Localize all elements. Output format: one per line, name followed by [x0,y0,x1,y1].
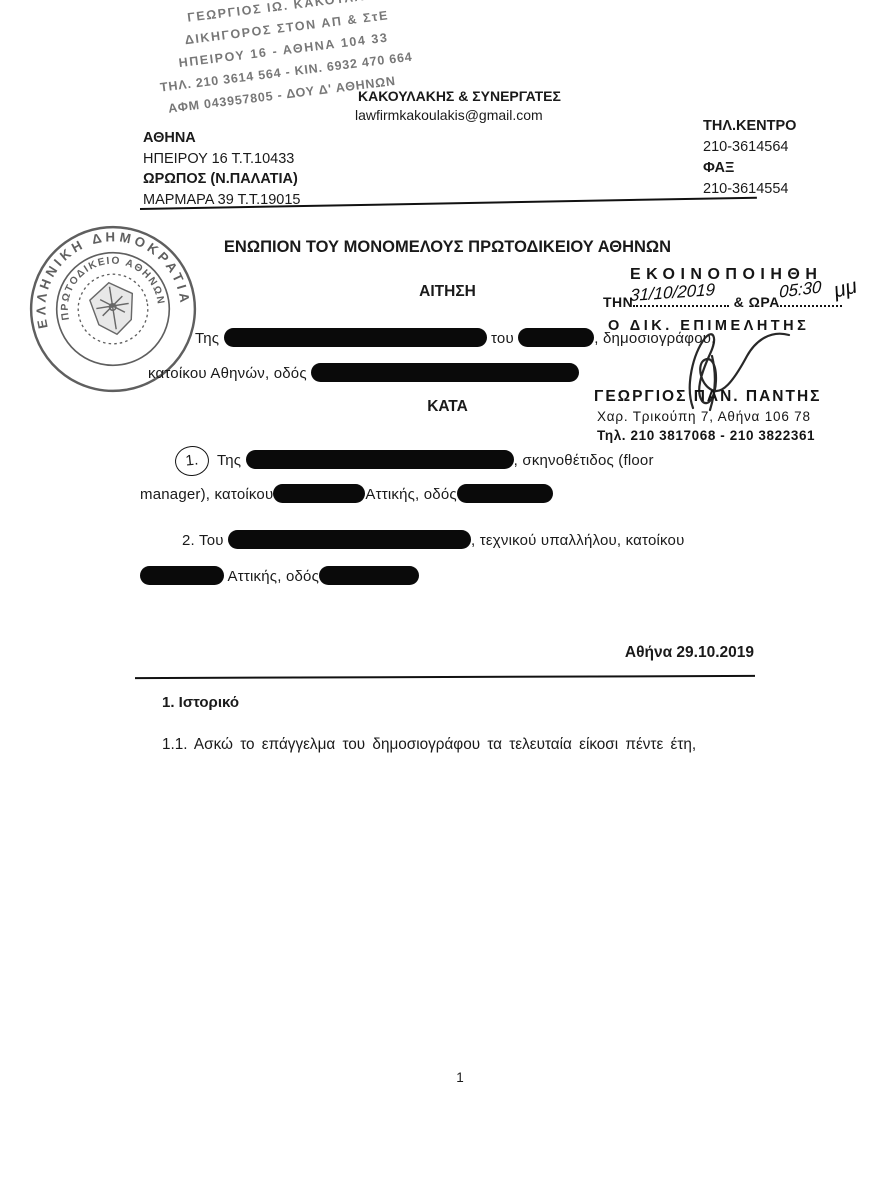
court-heading: ΕΝΩΠΙΟΝ ΤΟΥ ΜΟΝΟΜΕΛΟΥΣ ΠΡΩΤΟΔΙΚΕΙΟΥ ΑΘΗΝ… [140,238,755,257]
redaction-bar [224,328,487,347]
redaction-bar [273,484,365,503]
service-stamp-and-hour-label: & ΩΡΑ [734,294,780,310]
respondent2-lead: 2. Του [182,532,224,549]
handwritten-circle-around-number: 1. [174,444,211,477]
applicant-residence-prefix: κατοίκου Αθηνών, οδός [148,365,307,382]
address-city: ΑΘΗΝΑ [143,128,300,149]
applicant-patronymic-label: του [491,330,514,347]
redaction-bar [246,450,514,469]
bailiff-phones: Τηλ. 210 3817068 - 210 3822361 [597,428,815,443]
tel-value: 210-3614564 [703,137,796,158]
respondent1-line-1: 1.Της , σκηνοθέτιδος (floor [175,446,654,476]
page-number: 1 [140,1070,780,1085]
fax-label: ΦΑΞ [703,158,796,179]
applicant-line-2: κατοίκου Αθηνών, οδός [148,363,579,382]
redaction-bar [311,363,579,382]
respondent2-residence-b: Αττικής, οδός [228,568,319,585]
court-seal-emblem [88,279,139,337]
respondent1-residence-a: manager), κατοίκου [140,486,273,503]
scanned-legal-document-page: ΓΕΩΡΓΙΟΣ ΙΩ. ΚΑΚΟΥΛΑΚΗΣ ΔΙΚΗΓΟΡΟΣ ΣΤΟΝ Α… [0,0,880,1188]
redaction-bar [457,484,553,503]
firm-email: lawfirmkakoulakis@gmail.com [355,107,543,123]
service-stamp-the-label: ΤΗΝ [603,294,633,310]
respondent1-residence-b: Αττικής, οδός [365,486,456,503]
letterhead-address-block: ΑΘΗΝΑ ΗΠΕΙΡΟΥ 16 Τ.Τ.10433 ΩΡΩΠΟΣ (Ν.ΠΑΛ… [143,128,300,210]
address-city2: ΩΡΩΠΟΣ (Ν.ΠΑΛΑΤΙΑ) [143,169,300,190]
applicant-occupation: , δημοσιογράφου, [594,330,715,347]
section1-heading: 1. Ιστορικό [162,694,239,711]
tel-label: ΤΗΛ.ΚΕΝΤΡΟ [703,116,796,137]
redaction-bar [518,328,594,347]
paragraph-1-1: 1.1. Ασκώ το επάγγελμα του δημοσιογράφου… [162,736,696,754]
firm-name: ΚΑΚΟΥΛΑΚΗΣ & ΣΥΝΕΡΓΑΤΕΣ [358,88,561,104]
redaction-bar [228,530,471,549]
redaction-bar [319,566,419,585]
applicant-prefix: Της [195,330,219,347]
versus-heading: ΚΑΤΑ [140,398,755,416]
respondent1-line-2: manager), κατοίκουΑττικής, οδός [140,484,553,503]
redaction-bar [140,566,224,585]
respondent1-occupation: , σκηνοθέτιδος (floor [514,452,654,469]
section-divider-rule [135,675,755,680]
respondent1-prefix: Της [217,452,241,469]
attorney-rubber-stamp: ΓΕΩΡΓΙΟΣ ΙΩ. ΚΑΚΟΥΛΑΚΗΣ ΔΙΚΗΓΟΡΟΣ ΣΤΟΝ Α… [128,0,439,123]
letterhead-contact-block: ΤΗΛ.ΚΕΝΤΡΟ 210-3614564 ΦΑΞ 210-3614554 [703,116,796,200]
applicant-line-1: Της του , δημοσιογράφου, [195,328,716,347]
respondent2-line-1: 2. Του , τεχνικού υπαλλήλου, κατοίκου [182,530,684,549]
handwritten-time-suffix: μμ [831,275,859,304]
address-street1: ΗΠΕΙΡΟΥ 16 Τ.Τ.10433 [143,149,300,170]
respondent2-line-2: Αττικής, οδός [140,566,419,585]
respondent2-occupation: , τεχνικού υπαλλήλου, κατοίκου [471,532,684,549]
place-date-line: Αθήνα 29.10.2019 [140,644,754,662]
